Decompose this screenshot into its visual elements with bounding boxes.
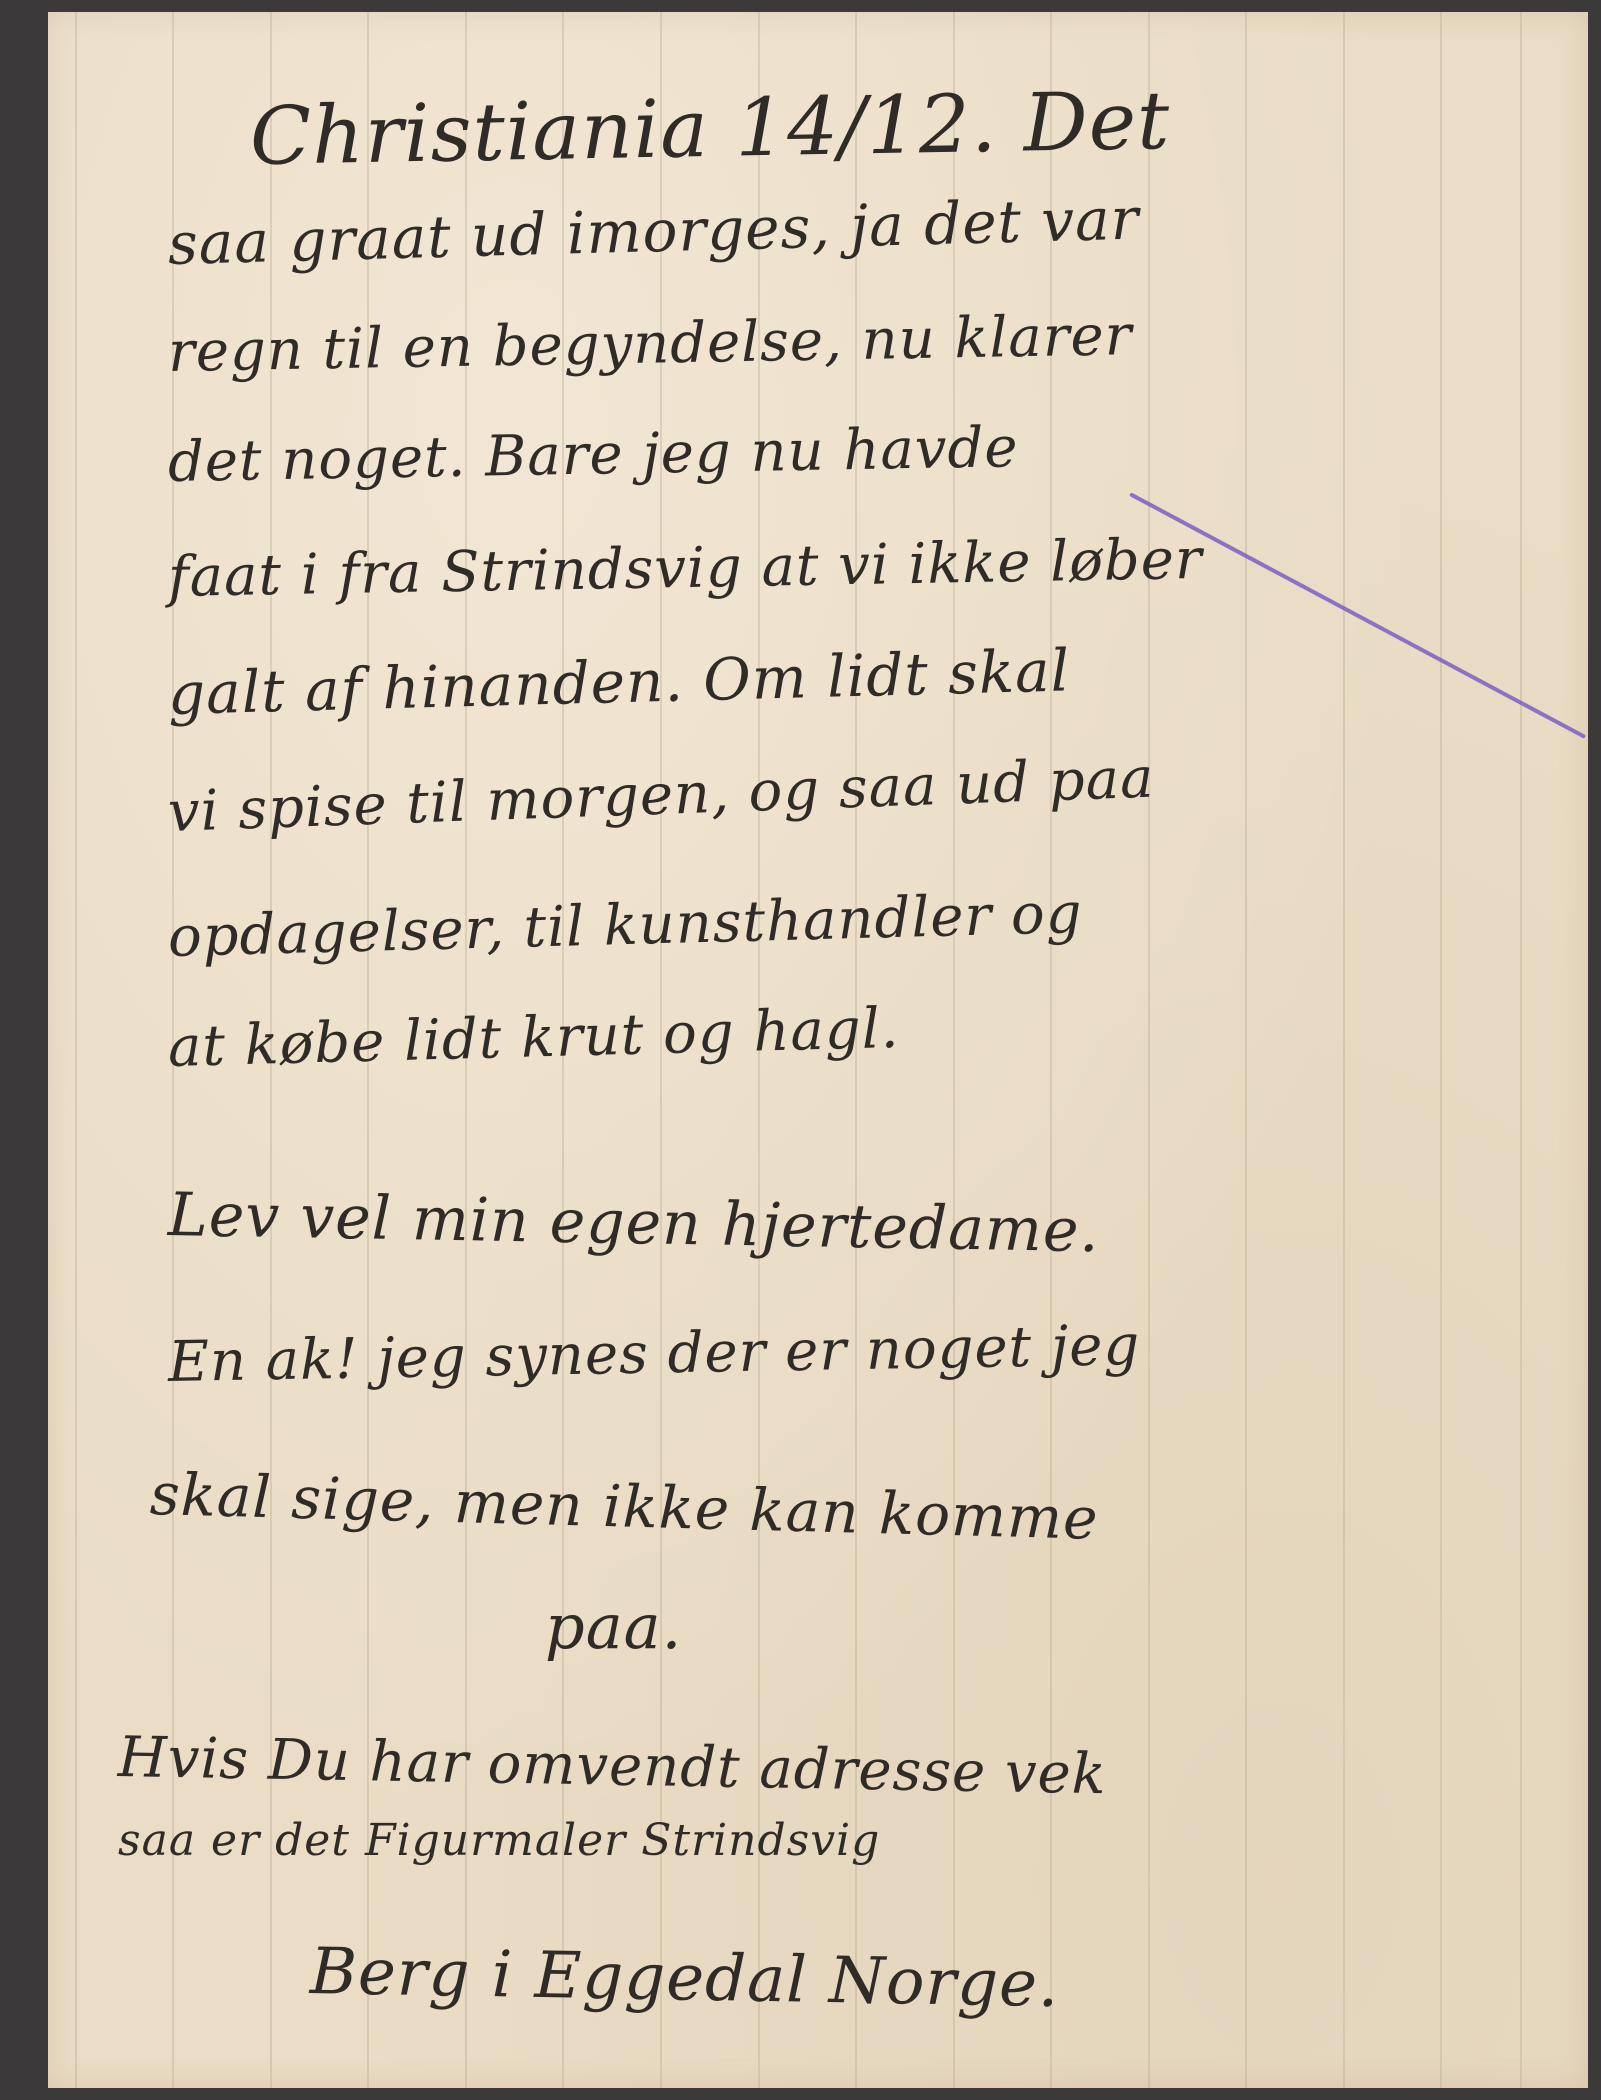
handwritten-line: regn til en begyndelse, nu klarer bbox=[167, 303, 1133, 385]
ruled-line bbox=[75, 12, 77, 2088]
purple-pencil-stroke bbox=[1129, 492, 1586, 739]
letter-paper: Christiania 14/12. Detsaa graat ud imorg… bbox=[48, 12, 1588, 2088]
ruled-line bbox=[1440, 12, 1442, 2088]
ruled-line bbox=[1520, 12, 1522, 2088]
ruled-line bbox=[1245, 12, 1247, 2088]
handwritten-line: galt af hinanden. Om lidt skal bbox=[167, 636, 1071, 728]
handwritten-line: faat i fra Strindsvig at vi ikke løber bbox=[167, 527, 1203, 610]
handwritten-line: saa graat ud imorges, ja det var bbox=[167, 185, 1140, 278]
handwritten-line: Hvis Du har omvendt adresse vek bbox=[117, 1725, 1107, 1807]
handwritten-line: paa. bbox=[545, 1590, 682, 1663]
handwritten-line: saa er det Figurmaler Strindsvig bbox=[118, 1815, 880, 1866]
handwritten-line: skal sige, men ikke kan komme bbox=[149, 1460, 1099, 1553]
ruled-line bbox=[1148, 12, 1150, 2088]
handwritten-line: det noget. Bare jeg nu havde bbox=[167, 415, 1019, 495]
handwritten-line: Christiania 14/12. Det bbox=[249, 74, 1171, 183]
handwritten-line: En ak! jeg synes der er noget jeg bbox=[167, 1313, 1140, 1395]
handwritten-line: at købe lidt krut og hagl. bbox=[167, 996, 900, 1080]
handwritten-line: opdagelser, til kunsthandler og bbox=[167, 881, 1083, 970]
ruled-line bbox=[1343, 12, 1345, 2088]
handwritten-line: Berg i Eggedal Norge. bbox=[309, 1935, 1060, 2022]
handwritten-line: Lev vel min egen hjertedame. bbox=[167, 1180, 1100, 1266]
